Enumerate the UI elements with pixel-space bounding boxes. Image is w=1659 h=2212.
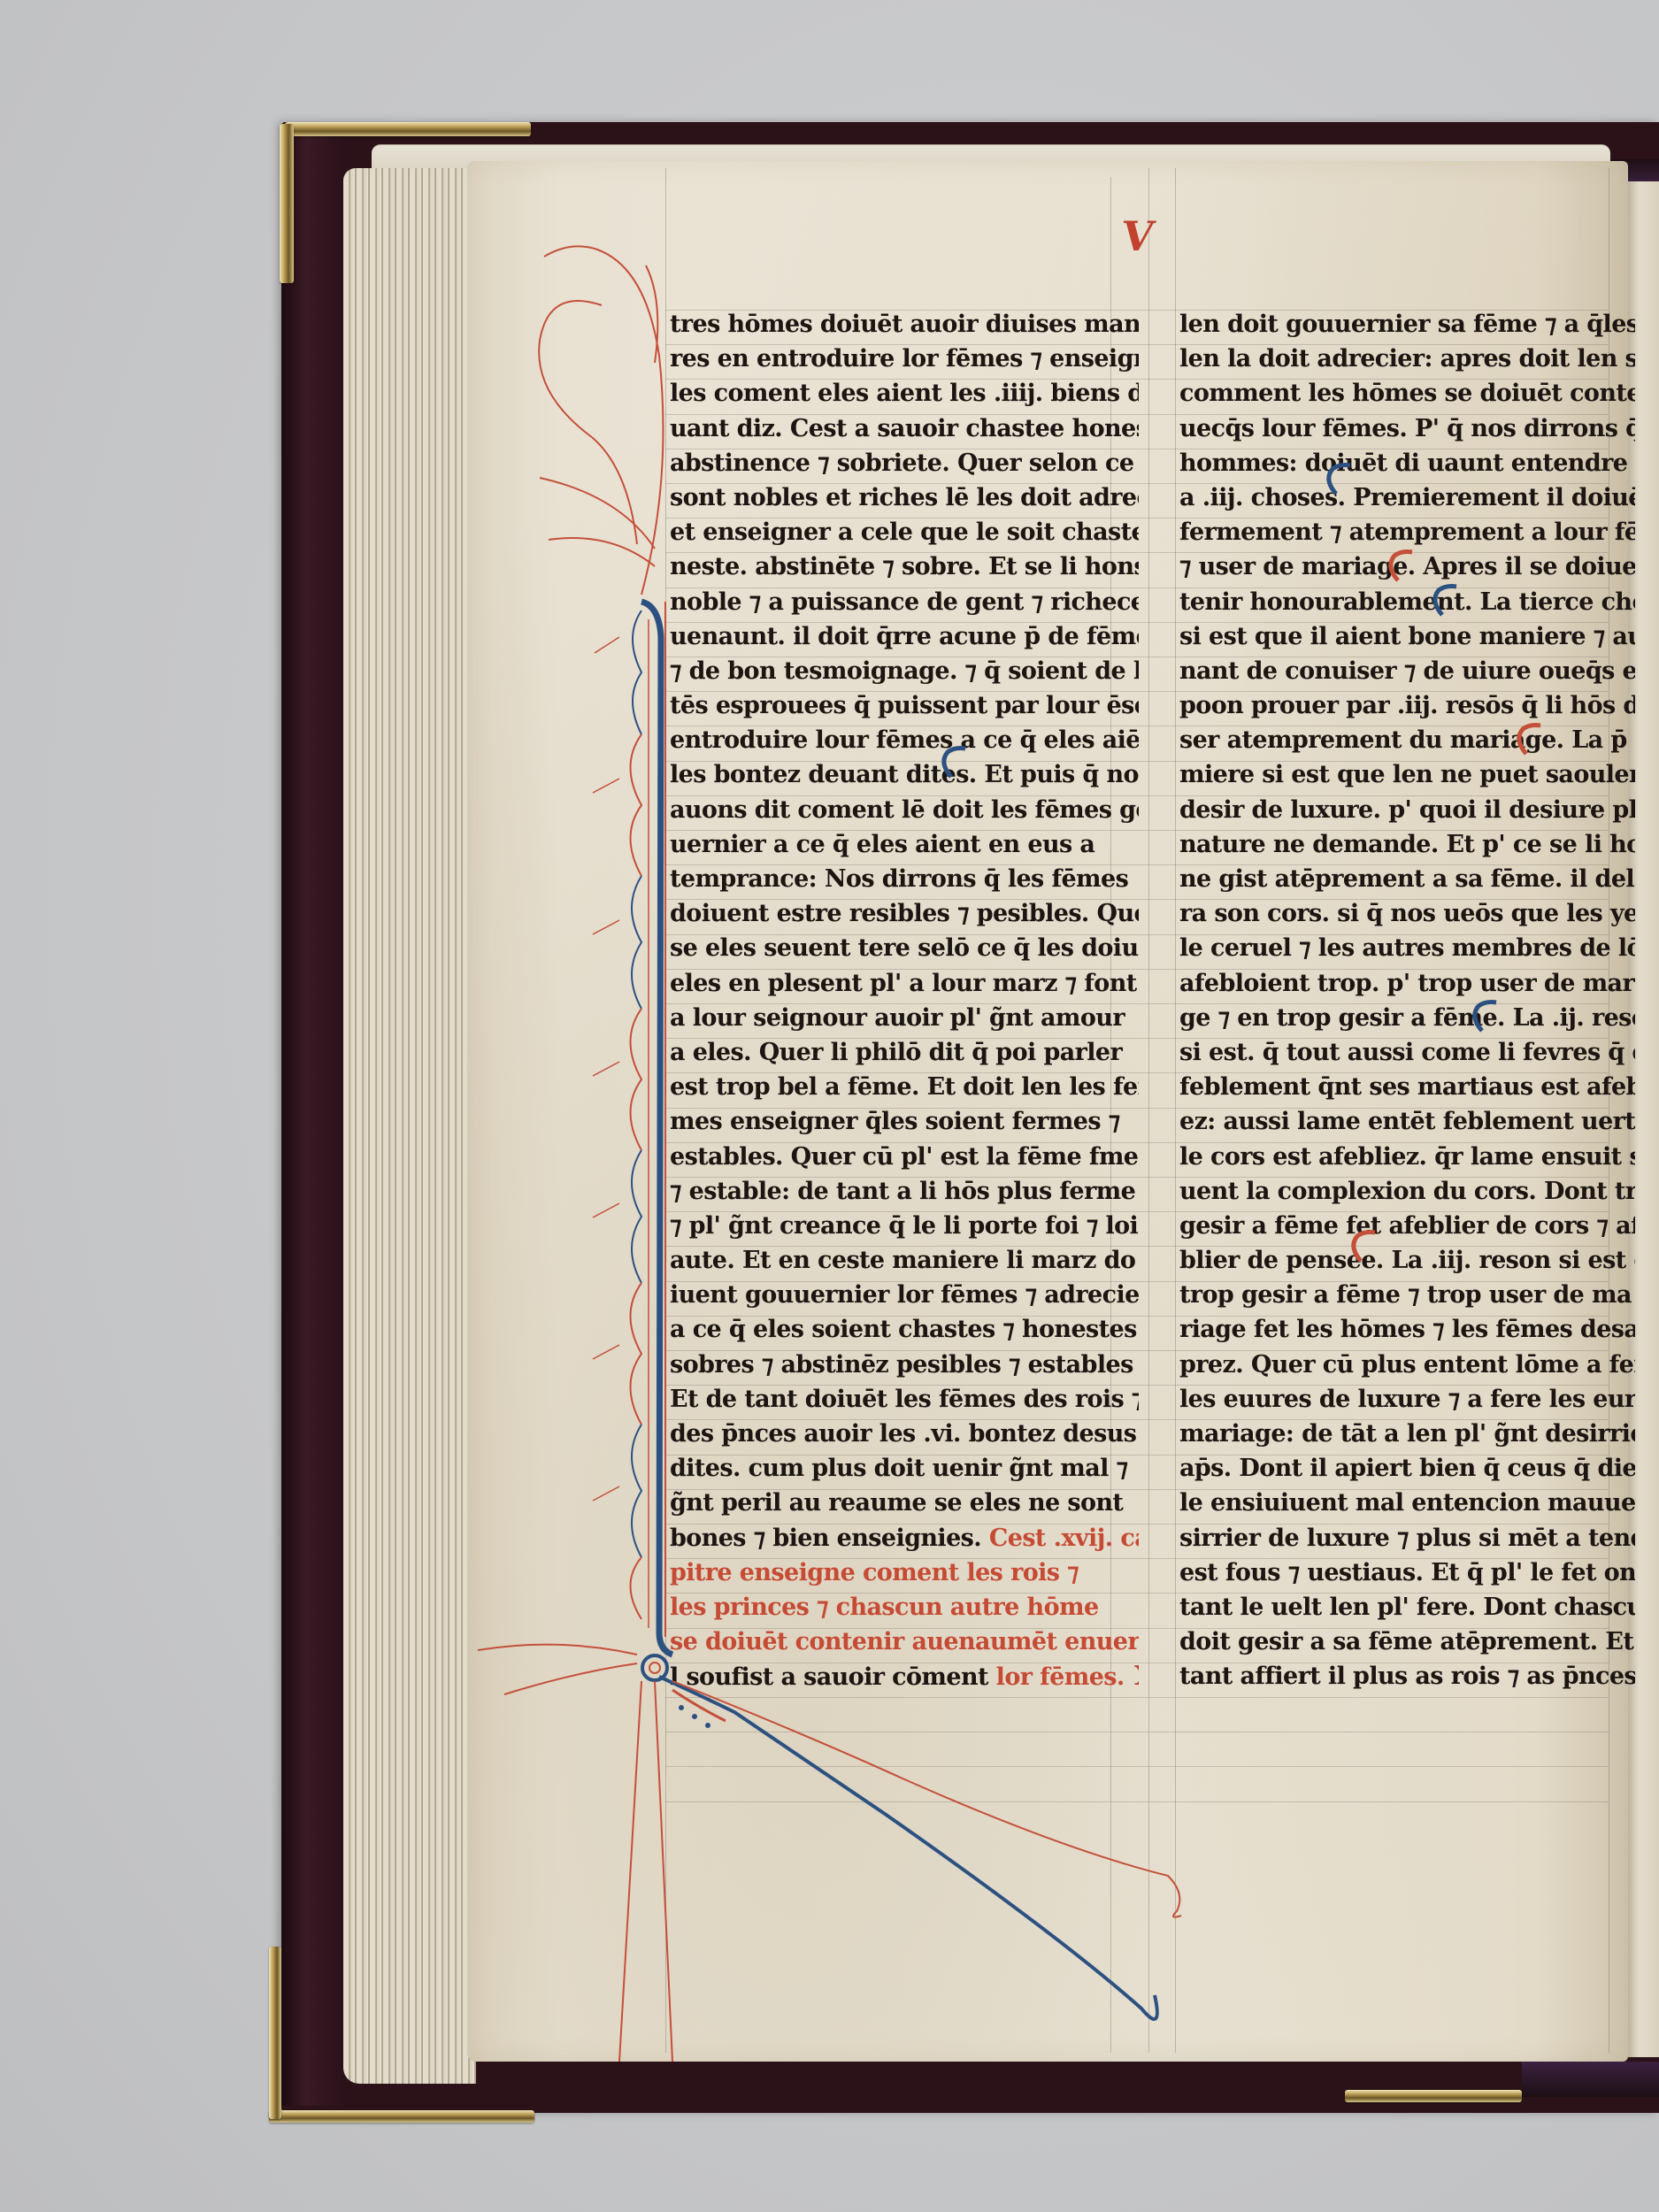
pen-flourish-border — [0, 0, 1659, 2212]
